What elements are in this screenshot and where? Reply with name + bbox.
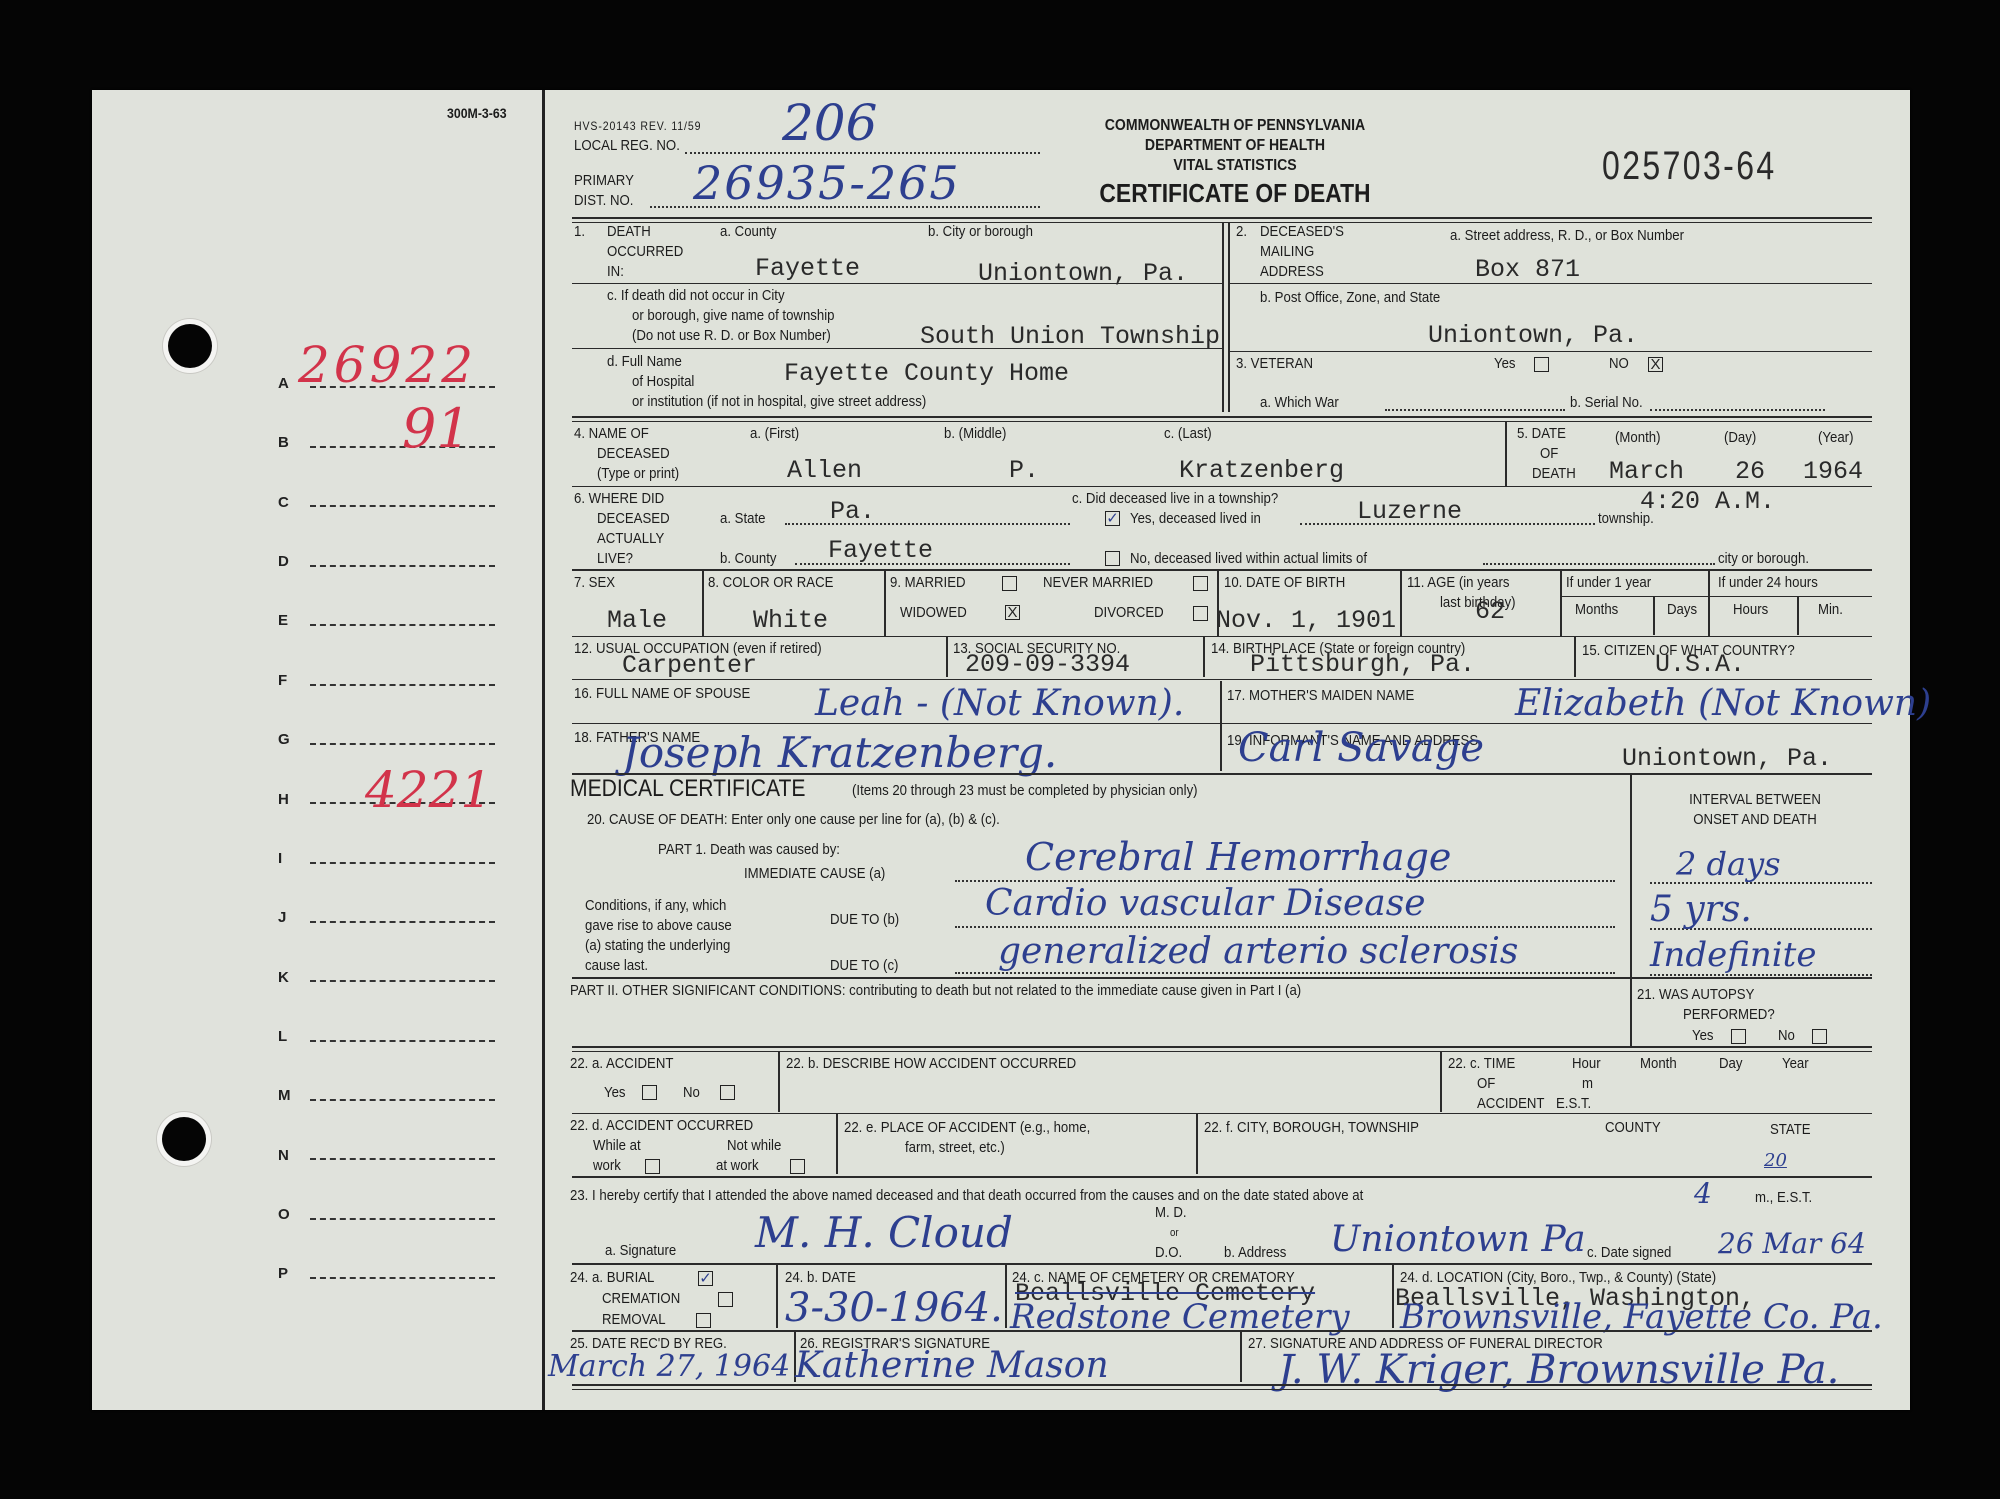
item2-num: 2.: [1236, 222, 1247, 241]
item1-rule-b: [572, 348, 1222, 349]
cause-header: 20. CAUSE OF DEATH: Enter only one cause…: [587, 810, 1000, 829]
stub-letter-a: A: [278, 375, 289, 392]
residence-label-4: LIVE?: [597, 549, 633, 568]
stub-line-m: [310, 1099, 495, 1101]
hospital-value: Fayette County Home: [784, 360, 1069, 388]
middle-name-value: P.: [1009, 457, 1039, 485]
autopsy-yes-checkbox[interactable]: [1731, 1029, 1746, 1044]
stub-line-c: [310, 505, 495, 507]
rule-item4-top-2: [572, 421, 1872, 422]
months-label: Months: [1575, 600, 1618, 619]
county-label: a. County: [720, 222, 777, 241]
accident-est-label: E.S.T.: [1556, 1094, 1591, 1113]
mother-value: Elizabeth (Not Known): [1515, 686, 1931, 722]
while-at-label: While at: [593, 1136, 641, 1155]
accident-how-label: 22. b. DESCRIBE HOW ACCIDENT OCCURRED: [786, 1054, 1076, 1073]
age-label-1: 11. AGE (in years: [1407, 573, 1509, 592]
punch-hole-bottom: [162, 1117, 206, 1161]
stub-line-p: [310, 1277, 495, 1279]
last-name-label: c. (Last): [1164, 424, 1212, 443]
not-while-label: Not while: [727, 1136, 781, 1155]
spouse-label: 16. FULL NAME OF SPOUSE: [574, 684, 750, 703]
conditions-label-2: gave rise to above cause: [585, 916, 732, 935]
cause-a-value: Cerebral Hemorrhage: [1025, 838, 1451, 876]
date-of-death-label-1: 5. DATE: [1517, 424, 1566, 443]
accident-occurred-label: 22. d. ACCIDENT OCCURRED: [570, 1116, 753, 1135]
divider-13-14: [1203, 637, 1205, 677]
dist-label: DIST. NO.: [574, 191, 633, 210]
dist-value: 26935-265: [693, 160, 961, 206]
work-label: work: [593, 1156, 621, 1175]
year-label: (Year): [1818, 428, 1853, 447]
accident-day-label: Day: [1719, 1054, 1742, 1073]
stub-line-e: [310, 624, 495, 626]
rule-item12-top: [572, 636, 1872, 637]
item1-label-3: IN:: [607, 262, 624, 281]
mailing-street-value: Box 871: [1475, 256, 1580, 284]
under-24-hours-label: If under 24 hours: [1718, 573, 1818, 592]
middle-name-label: b. (Middle): [944, 424, 1006, 443]
item2-label-3: ADDRESS: [1260, 262, 1324, 281]
residence-label-2: DECEASED: [597, 509, 670, 528]
birth-date-value: Nov. 1, 1901: [1216, 607, 1396, 635]
death-year-value: 1964: [1803, 458, 1863, 486]
accident-month-label: Month: [1640, 1054, 1677, 1073]
township-question: c. Did deceased live in a township?: [1072, 489, 1278, 508]
occupation-value: Carpenter: [622, 652, 757, 680]
item2-label-1: DECEASED'S: [1260, 222, 1344, 241]
divider-8-9: [884, 571, 886, 636]
father-value: Joseph Kratzenberg.: [622, 732, 1057, 774]
certify-time-hour: 4: [1694, 1180, 1712, 1208]
divider-22d-22e: [836, 1114, 838, 1174]
accident-label: 22. a. ACCIDENT: [570, 1054, 673, 1073]
item1-2-divider: [1222, 222, 1224, 412]
city-suffix: city or borough.: [1718, 549, 1809, 568]
divider-16-17: [1220, 681, 1222, 771]
accident-yes-label: Yes: [604, 1083, 626, 1102]
sex-value: Male: [607, 607, 667, 635]
date-received-value: March 27, 1964: [548, 1352, 790, 1382]
burial-checkbox[interactable]: ✓: [698, 1271, 713, 1286]
conditions-label-3: (a) stating the underlying: [585, 936, 730, 955]
min-label: Min.: [1818, 600, 1843, 619]
page-title: CERTIFICATE OF DEATH: [1090, 178, 1380, 208]
conditions-label-4: cause last.: [585, 956, 648, 975]
physician-address-label: b. Address: [1224, 1243, 1286, 1262]
item2-label-2: MAILING: [1260, 242, 1314, 261]
item1-num: 1.: [574, 222, 585, 241]
divider-24b-24c: [1005, 1265, 1007, 1328]
certify-text: 23. I hereby certify that I attended the…: [570, 1186, 1363, 1205]
stub-line-j: [310, 921, 495, 923]
stub-letter-m: M: [278, 1087, 291, 1104]
rule-item24-top: [572, 1263, 1872, 1265]
date-signed-label: c. Date signed: [1587, 1243, 1671, 1262]
mother-label: 17. MOTHER'S MAIDEN NAME: [1227, 686, 1414, 705]
city-name-line: [1483, 563, 1715, 565]
stub-letter-c: C: [278, 494, 289, 511]
stub-entry-b: 91: [402, 402, 471, 456]
spouse-value: Leah - (Not Known).: [815, 686, 1184, 722]
days-label: Days: [1667, 600, 1697, 619]
age-value: 62: [1475, 598, 1505, 626]
local-reg-value: 206: [782, 98, 877, 148]
hospital-label-3: or institution (if not in hospital, give…: [632, 392, 926, 411]
veteran-no-label: NO: [1609, 354, 1629, 373]
header-rule: [572, 217, 1872, 219]
day-label: (Day): [1724, 428, 1756, 447]
burial-label: 24. a. BURIAL: [570, 1268, 654, 1287]
rule-22d-top: [572, 1113, 1872, 1114]
under-rule: [1560, 596, 1872, 597]
date-signed-value: 26 Mar 64: [1718, 1230, 1866, 1258]
divider-22b-22c: [1440, 1052, 1442, 1112]
registrar-signature-value: Katherine Mason: [795, 1348, 1109, 1384]
removal-checkbox[interactable]: [696, 1313, 711, 1328]
residence-label-1: 6. WHERE DID: [574, 489, 664, 508]
removal-label: REMOVAL: [602, 1310, 666, 1329]
name-label-2: DECEASED: [597, 444, 670, 463]
death-month-value: March: [1609, 458, 1684, 486]
veteran-yes-label: Yes: [1494, 354, 1516, 373]
rule-item23-top: [572, 1176, 1872, 1178]
rule-bottom-2: [572, 1389, 1872, 1390]
name-label-1: 4. NAME OF: [574, 424, 649, 443]
immediate-cause-label: IMMEDIATE CAUSE (a): [744, 864, 885, 883]
informant-signature: Carl Savage: [1238, 728, 1484, 768]
divider-22e-22f: [1196, 1114, 1198, 1174]
cremation-label: CREMATION: [602, 1289, 680, 1308]
interval-b-value: 5 yrs.: [1650, 892, 1752, 928]
accident-time-label-2: OF: [1477, 1074, 1495, 1093]
widowed-label: WIDOWED: [900, 603, 967, 622]
township-name-value: Luzerne: [1357, 498, 1462, 526]
certify-time-suffix: m., E.S.T.: [1755, 1188, 1812, 1207]
rule-item7-top: [572, 569, 1872, 571]
stub-letter-f: F: [278, 672, 287, 689]
item1-label-2: OCCURRED: [607, 242, 683, 261]
rule-item18-top: [572, 723, 1872, 724]
divider-22a-22b: [778, 1052, 780, 1112]
medical-subtitle: (Items 20 through 23 must be completed b…: [852, 781, 1198, 800]
cause-c-line: [955, 972, 1615, 974]
first-name-value: Allen: [787, 457, 862, 485]
under-1-year-label: If under 1 year: [1566, 573, 1651, 592]
rule-accident-top: [572, 1046, 1872, 1048]
divorced-checkbox[interactable]: [1193, 606, 1208, 621]
left-stub: [92, 90, 542, 1410]
stub-letter-b: B: [278, 434, 289, 451]
stub-entry-a: 26922: [298, 340, 477, 390]
divider-interval: [1630, 775, 1632, 1047]
stub-line-i: [310, 862, 495, 864]
punch-hole-top: [168, 324, 212, 368]
accident-hour-label: Hour: [1572, 1054, 1601, 1073]
conditions-label-1: Conditions, if any, which: [585, 896, 726, 915]
serial-label: b. Serial No.: [1570, 393, 1643, 412]
informant-address: Uniontown, Pa.: [1622, 745, 1832, 773]
item1-label-1: DEATH: [607, 222, 651, 241]
interval-header-1: INTERVAL BETWEEN: [1654, 790, 1856, 809]
accident-time-label-1: 22. c. TIME: [1448, 1054, 1515, 1073]
never-married-label: NEVER MARRIED: [1043, 573, 1153, 592]
physician-address-value: Uniontown Pa: [1330, 1222, 1586, 1258]
divider-months-days: [1653, 597, 1655, 635]
stub-line-d: [310, 565, 495, 567]
interval-a-value: 2 days: [1676, 848, 1781, 880]
stub-line-l: [310, 1040, 495, 1042]
or-label: or: [1170, 1224, 1179, 1243]
divider-11-under1: [1560, 571, 1562, 636]
due-to-c-label: DUE TO (c): [830, 956, 898, 975]
death-township-value: South Union Township: [920, 323, 1220, 351]
local-reg-label: LOCAL REG. NO.: [574, 136, 680, 155]
divider-24a-24b: [776, 1265, 778, 1328]
local-reg-line: [685, 152, 1040, 154]
death-county-value: Fayette: [755, 255, 860, 283]
rule-item4-top: [572, 416, 1872, 418]
month-label: (Month): [1615, 428, 1660, 447]
date-of-death-label-2: OF: [1540, 444, 1558, 463]
veteran-yes-checkbox[interactable]: [1534, 357, 1549, 372]
rule-item25-top: [572, 1330, 1872, 1332]
not-at-work-checkbox[interactable]: [790, 1159, 805, 1174]
autopsy-no-label: No: [1778, 1026, 1795, 1045]
stub-letter-h: H: [278, 791, 289, 808]
stub-letter-k: K: [278, 969, 289, 986]
signature-label: a. Signature: [605, 1241, 676, 1260]
widowed-checkbox[interactable]: X: [1005, 605, 1020, 620]
hours-label: Hours: [1733, 600, 1768, 619]
interval-c-value: Indefinite: [1650, 938, 1816, 972]
stub-divider: [542, 90, 545, 1410]
rule-item16-top: [572, 679, 1872, 680]
accident-time-label-3: ACCIDENT: [1477, 1094, 1544, 1113]
stub-letter-i: I: [278, 850, 282, 867]
cemetery-handwritten-value: Redstone Cemetery: [1010, 1300, 1350, 1334]
residence-state-line: [785, 523, 1070, 525]
township-suffix: township.: [1598, 509, 1654, 528]
residence-state-value: Pa.: [830, 498, 875, 526]
hospital-label-1: d. Full Name: [607, 352, 682, 371]
accident-year-label: Year: [1782, 1054, 1809, 1073]
stub-letter-l: L: [278, 1028, 287, 1045]
township-label-3: (Do not use R. D. or Box Number): [632, 326, 831, 345]
cause-c-value: generalized arterio sclerosis: [998, 934, 1518, 970]
certify-time-minutes: 20: [1764, 1152, 1787, 1170]
location-handwritten-value: Brownsville, Fayette Co. Pa.: [1400, 1300, 1883, 1334]
do-label: D.O.: [1155, 1243, 1182, 1262]
married-label: 9. MARRIED: [890, 573, 966, 592]
stub-line-k: [310, 980, 495, 982]
stub-letter-d: D: [278, 553, 289, 570]
divider-12-13: [946, 637, 948, 677]
stub-letter-e: E: [278, 612, 288, 629]
while-at-work-checkbox[interactable]: [645, 1159, 660, 1174]
mailing-post-value: Uniontown, Pa.: [1428, 322, 1638, 350]
street-label: a. Street address, R. D., or Box Number: [1450, 226, 1684, 245]
item2-rule-a: [1228, 283, 1872, 284]
death-time-value: 4:20 A.M.: [1640, 488, 1775, 516]
at-work-label: at work: [716, 1156, 759, 1175]
item1-rule-a: [572, 283, 1222, 284]
stub-line-n: [310, 1158, 495, 1160]
name-label-3: (Type or print): [597, 464, 679, 483]
accident-yes-checkbox[interactable]: [642, 1085, 657, 1100]
stub-letter-g: G: [278, 731, 290, 748]
lived-in-township-yes-label: Yes, deceased lived in: [1130, 509, 1261, 528]
part2-label: PART II. OTHER SIGNIFICANT CONDITIONS: c…: [570, 981, 1301, 1000]
first-name-label: a. (First): [750, 424, 799, 443]
item4-5-divider: [1505, 421, 1507, 486]
race-label: 8. COLOR OR RACE: [708, 573, 833, 592]
accident-no-checkbox[interactable]: [720, 1085, 735, 1100]
hospital-label-2: of Hospital: [632, 372, 694, 391]
divider-hours-min: [1797, 597, 1799, 635]
md-label: M. D.: [1155, 1203, 1187, 1222]
cause-b-line: [955, 926, 1615, 928]
lived-in-city-no-label: No, deceased lived within actual limits …: [1130, 549, 1367, 568]
stub-letter-j: J: [278, 909, 286, 926]
city-label: b. City or borough: [928, 222, 1033, 241]
stub-letter-p: P: [278, 1265, 288, 1282]
primary-label: PRIMARY: [574, 171, 634, 190]
divider-26-27: [1240, 1332, 1242, 1382]
divider-24c-24d: [1392, 1265, 1394, 1328]
sex-label: 7. SEX: [574, 573, 615, 592]
stub-entry-h: 4221: [365, 765, 492, 815]
which-war-line: [1385, 409, 1565, 411]
item2-rule-b: [1228, 351, 1872, 352]
residence-label-3: ACTUALLY: [597, 529, 664, 548]
medical-title: MEDICAL CERTIFICATE: [570, 775, 805, 803]
veteran-label: 3. VETERAN: [1236, 354, 1313, 373]
veteran-no-checkbox[interactable]: X: [1648, 357, 1663, 372]
death-day-value: 26: [1735, 458, 1765, 486]
stub-line-o: [310, 1218, 495, 1220]
divider-14-15: [1574, 637, 1576, 677]
which-war-label: a. Which War: [1260, 393, 1339, 412]
rule-bottom: [572, 1384, 1872, 1386]
accident-no-label: No: [683, 1083, 700, 1102]
item1-2-divider-2: [1228, 222, 1230, 412]
burial-date-value: 3-30-1964.: [785, 1288, 1003, 1328]
never-married-checkbox[interactable]: [1193, 576, 1208, 591]
accident-state-label: STATE: [1770, 1120, 1811, 1139]
last-name-value: Kratzenberg: [1179, 457, 1344, 485]
part1-label: PART 1. Death was caused by:: [658, 840, 840, 859]
residence-county-label: b. County: [720, 549, 777, 568]
stub-line-g: [310, 743, 495, 745]
physician-signature: M. H. Cloud: [755, 1212, 1013, 1254]
accident-county-label: COUNTY: [1605, 1118, 1661, 1137]
rule-accident-top-2: [572, 1051, 1872, 1052]
interval-header-2: ONSET AND DEATH: [1654, 810, 1856, 829]
cause-a-line: [955, 880, 1615, 882]
cause-b-value: Cardio vascular Disease: [985, 886, 1426, 922]
race-value: White: [753, 607, 828, 635]
stub-letter-o: O: [278, 1206, 290, 1223]
stub-letter-n: N: [278, 1147, 289, 1164]
birthplace-value: Pittsburgh, Pa.: [1250, 651, 1475, 679]
citizenship-value: U.S.A.: [1655, 651, 1745, 679]
agency-line-3: VITAL STATISTICS: [1090, 156, 1380, 175]
date-of-death-label-3: DEATH: [1532, 464, 1576, 483]
form-id: HVS-20143 REV. 11/59: [574, 117, 701, 136]
post-office-label: b. Post Office, Zone, and State: [1260, 288, 1440, 307]
autopsy-label-2: PERFORMED?: [1683, 1005, 1775, 1024]
residence-county-value: Fayette: [828, 537, 933, 565]
township-label-1: c. If death did not occur in City: [607, 286, 785, 305]
township-label-2: or borough, give name of township: [632, 306, 835, 325]
lived-in-township-yes-checkbox[interactable]: ✓: [1105, 511, 1120, 526]
certificate-number: 025703-64: [1602, 144, 1777, 189]
divider-7-8: [702, 571, 704, 636]
stub-line-f: [310, 684, 495, 686]
accident-city-label: 22. f. CITY, BOROUGH, TOWNSHIP: [1204, 1118, 1419, 1137]
married-checkbox[interactable]: [1002, 576, 1017, 591]
due-to-b-label: DUE TO (b): [830, 910, 899, 929]
agency-line-2: DEPARTMENT OF HEALTH: [1090, 136, 1380, 155]
divider-10-11: [1400, 571, 1402, 636]
ssn-value: 209-09-3394: [965, 651, 1130, 679]
birth-date-label: 10. DATE OF BIRTH: [1224, 573, 1345, 592]
accident-place-label-2: farm, street, etc.): [905, 1138, 1005, 1157]
accident-place-label-1: 22. e. PLACE OF ACCIDENT (e.g., home,: [844, 1118, 1090, 1137]
rule-part2-top: [572, 977, 1872, 979]
stub-form-code: 300M-3-63: [447, 104, 507, 123]
divorced-label: DIVORCED: [1094, 603, 1164, 622]
lived-in-city-no-checkbox[interactable]: [1105, 551, 1120, 566]
accident-m-label: m: [1582, 1074, 1593, 1093]
cremation-checkbox[interactable]: [718, 1292, 733, 1307]
serial-line: [1650, 409, 1825, 411]
agency-line-1: COMMONWEALTH OF PENNSYLVANIA: [1090, 116, 1380, 135]
residence-state-label: a. State: [720, 509, 765, 528]
autopsy-label-1: 21. WAS AUTOPSY: [1637, 985, 1754, 1004]
autopsy-yes-label: Yes: [1692, 1026, 1714, 1045]
divider-under1-under24: [1708, 571, 1710, 636]
autopsy-no-checkbox[interactable]: [1812, 1029, 1827, 1044]
